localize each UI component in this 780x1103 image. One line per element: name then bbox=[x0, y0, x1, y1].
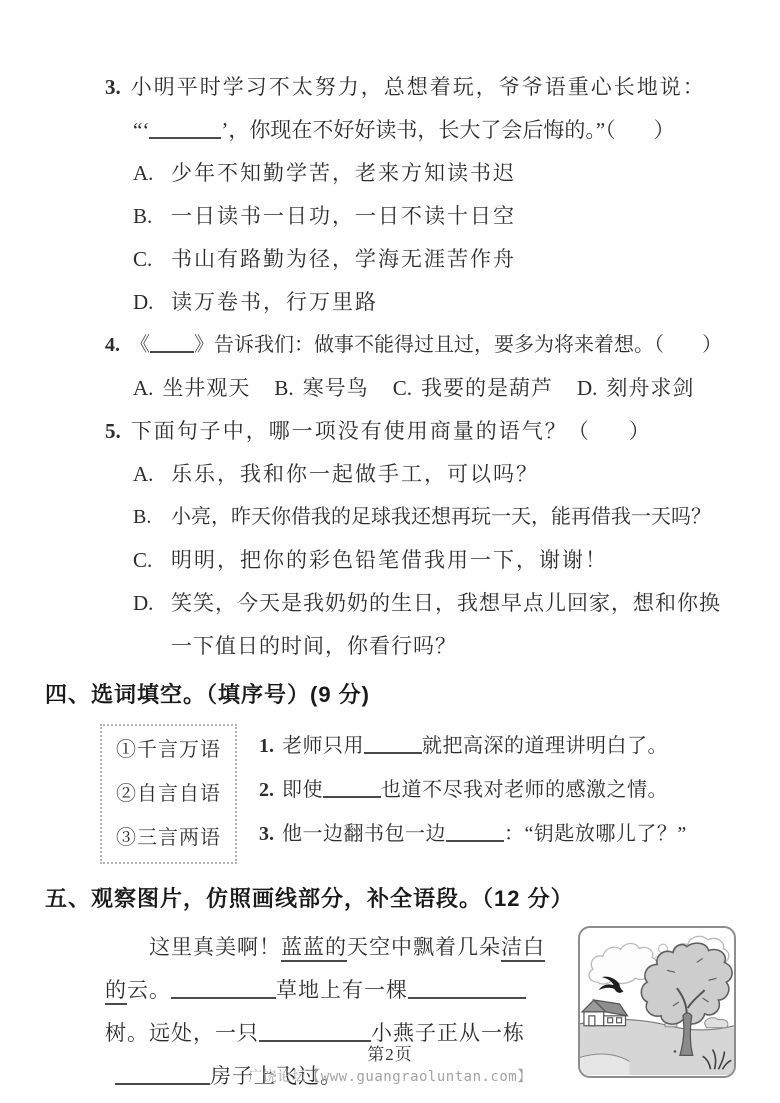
option-b: B.寒号鸟 bbox=[274, 376, 368, 400]
option-d: D.读万卷书，行万里路 bbox=[133, 281, 736, 324]
option-letter: B. bbox=[274, 376, 293, 400]
question-5: 5.下面句子中，哪一项没有使用商量的语气？（） A.乐乐，我和你一起做手工，可以… bbox=[105, 410, 736, 668]
option-text: 笑笑，今天是我奶奶的生日，我想早点儿回家，想和你换一下值日的时间，你看行吗？ bbox=[171, 582, 736, 668]
underlined-text: 洁白 bbox=[501, 935, 545, 962]
underlined-text: 的 bbox=[105, 978, 127, 1005]
sentence-text: 老师只用 bbox=[282, 735, 364, 757]
option-letter: A. bbox=[133, 152, 171, 195]
question-3-stem-line2: “‘’，你现在不好好读书，长大了会后悔的。”（） bbox=[133, 109, 736, 152]
stem-text: 《 bbox=[130, 334, 150, 356]
option-text: 读万卷书，行万里路 bbox=[171, 281, 736, 324]
question-4-options: A.坐井观天B.寒号鸟C.我要的是葫芦D.刻舟求剑 bbox=[133, 367, 736, 410]
bush-icon bbox=[704, 1018, 727, 1028]
option-c: C.明明，把你的彩色铅笔借我用一下，谢谢！ bbox=[133, 539, 736, 582]
option-letter: C. bbox=[133, 238, 171, 281]
option-letter: D. bbox=[133, 281, 171, 324]
option-text: 寒号鸟 bbox=[303, 376, 369, 400]
fill-blank bbox=[171, 985, 276, 999]
fill-blank bbox=[323, 784, 381, 798]
item-number: 2. bbox=[259, 779, 274, 801]
option-a: A.坐井观天 bbox=[133, 376, 250, 400]
watermark: 广饶论坛【www.guangraoluntan.com】 bbox=[0, 1067, 780, 1087]
option-a: A.乐乐，我和你一起做手工，可以吗？ bbox=[133, 453, 736, 496]
sentence-text: 就把高深的道理讲明白了。 bbox=[422, 735, 668, 757]
question-number: 3. bbox=[105, 75, 121, 99]
stem-text: 小明平时学习不太努力，总想着玩，爷爷语重心长地说： bbox=[131, 75, 706, 99]
para-text: 小燕子正从一栋 bbox=[371, 1021, 525, 1045]
stem-text: “‘ bbox=[133, 118, 149, 142]
question-number: 4. bbox=[105, 334, 120, 356]
para-text: 树。远处，一只 bbox=[105, 1021, 259, 1045]
sentence-text: 他一边翻书包一边 bbox=[282, 823, 446, 845]
sentence-text: 即使 bbox=[282, 779, 323, 801]
option-text: 我要的是葫芦 bbox=[421, 376, 553, 400]
section-five-title: 五、观察图片，仿照画线部分，补全语段。（12 分） bbox=[45, 882, 736, 916]
question-3: 3.小明平时学习不太努力，总想着玩，爷爷语重心长地说： “‘’，你现在不好好读书… bbox=[105, 66, 736, 324]
paragraph-line-2: 的云。草地上有一棵 bbox=[105, 969, 578, 1012]
question-4-stem: 4.《》告诉我们：做事不能得过且过，要多为将来着想。（） bbox=[105, 324, 736, 367]
fill-blank bbox=[408, 985, 526, 999]
question-5-stem: 5.下面句子中，哪一项没有使用商量的语气？（） bbox=[105, 410, 736, 453]
option-text: 刻舟求剑 bbox=[606, 376, 694, 400]
option-letter: A. bbox=[133, 376, 153, 400]
word-bank-item: ③三言两语 bbox=[116, 816, 221, 860]
option-letter: B. bbox=[133, 195, 171, 238]
option-d: D.刻舟求剑 bbox=[577, 376, 694, 400]
option-letter: B. bbox=[133, 496, 171, 539]
option-text: 坐井观天 bbox=[162, 376, 250, 400]
sentence-2: 2.即使也道不尽我对老师的感激之情。 bbox=[259, 768, 687, 812]
stem-text: 下面句子中，哪一项没有使用商量的语气？（ bbox=[131, 419, 591, 443]
stem-text: ） bbox=[702, 334, 722, 356]
fill-blank bbox=[149, 125, 221, 139]
fill-in-sentences: 1.老师只用就把高深的道理讲明白了。 2.即使也道不尽我对老师的感激之情。 3.… bbox=[259, 724, 687, 856]
word-bank-item: ①千言万语 bbox=[116, 728, 221, 772]
option-text: 小亮，昨天你借我的足球我还想再玩一天，能再借我一天吗？ bbox=[171, 496, 736, 539]
option-text: 一日读书一日功，一日不读十日空 bbox=[171, 195, 736, 238]
house-icon bbox=[582, 1000, 627, 1026]
sentence-text: ：“钥匙放哪儿了？” bbox=[504, 823, 687, 845]
word-bank-item: ②自言自语 bbox=[116, 772, 221, 816]
stem-text: ） bbox=[629, 419, 652, 443]
word-bank-box: ①千言万语 ②自言自语 ③三言两语 bbox=[100, 724, 237, 864]
section-four-title: 四、选词填空。（填序号）(9 分) bbox=[45, 678, 736, 712]
para-text: 这里真美啊！ bbox=[149, 935, 281, 959]
para-text: 草地上有一棵 bbox=[276, 978, 408, 1002]
option-b: B.一日读书一日功，一日不读十日空 bbox=[133, 195, 736, 238]
option-text: 明明，把你的彩色铅笔借我用一下，谢谢！ bbox=[171, 539, 736, 582]
underlined-text: 蓝蓝的 bbox=[281, 935, 347, 962]
stem-text: ’，你现在不好好读书，长大了会后悔的。”（ bbox=[221, 118, 615, 142]
worksheet-content: 3.小明平时学习不太努力，总想着玩，爷爷语重心长地说： “‘’，你现在不好好读书… bbox=[0, 0, 780, 1098]
fill-blank bbox=[446, 828, 504, 842]
option-text: 乐乐，我和你一起做手工，可以吗？ bbox=[171, 453, 736, 496]
question-3-stem-line1: 3.小明平时学习不太努力，总想着玩，爷爷语重心长地说： bbox=[105, 66, 736, 109]
item-number: 3. bbox=[259, 823, 274, 845]
fill-blank bbox=[150, 339, 194, 353]
question-4: 4.《》告诉我们：做事不能得过且过，要多为将来着想。（） A.坐井观天B.寒号鸟… bbox=[105, 324, 736, 410]
para-text: 天空中飘着几朵 bbox=[347, 935, 501, 959]
option-letter: D. bbox=[577, 376, 597, 400]
stem-text: ） bbox=[654, 118, 675, 142]
option-text: 少年不知勤学苦，老来方知读书迟 bbox=[171, 152, 736, 195]
question-number: 5. bbox=[105, 419, 121, 443]
page-number: 第2页 bbox=[0, 1043, 780, 1067]
page-footer: 第2页 广饶论坛【www.guangraoluntan.com】 bbox=[0, 1043, 780, 1087]
option-text: 书山有路勤为径，学海无涯苦作舟 bbox=[171, 238, 736, 281]
fill-blank bbox=[364, 740, 422, 754]
option-letter: C. bbox=[393, 376, 412, 400]
option-c: C.我要的是葫芦 bbox=[393, 376, 553, 400]
option-letter: A. bbox=[133, 453, 171, 496]
para-text: 云。 bbox=[127, 978, 171, 1002]
fill-blank bbox=[259, 1028, 371, 1042]
option-a: A.少年不知勤学苦，老来方知读书迟 bbox=[133, 152, 736, 195]
option-b: B.小亮，昨天你借我的足球我还想再玩一天，能再借我一天吗？ bbox=[133, 496, 736, 539]
sentence-1: 1.老师只用就把高深的道理讲明白了。 bbox=[259, 724, 687, 768]
item-number: 1. bbox=[259, 735, 274, 757]
stem-text: 》告诉我们：做事不能得过且过，要多为将来着想。（ bbox=[194, 334, 664, 356]
option-letter: C. bbox=[133, 539, 171, 582]
paragraph-line-1: 这里真美啊！蓝蓝的天空中飘着几朵洁白 bbox=[105, 926, 578, 969]
option-d: D.笑笑，今天是我奶奶的生日，我想早点儿回家，想和你换一下值日的时间，你看行吗？ bbox=[133, 582, 736, 668]
section-four-body: ①千言万语 ②自言自语 ③三言两语 1.老师只用就把高深的道理讲明白了。 2.即… bbox=[100, 724, 736, 864]
worksheet-page: 3.小明平时学习不太努力，总想着玩，爷爷语重心长地说： “‘’，你现在不好好读书… bbox=[0, 0, 780, 1103]
option-c: C.书山有路勤为径，学海无涯苦作舟 bbox=[133, 238, 736, 281]
option-letter: D. bbox=[133, 582, 171, 668]
sentence-3: 3.他一边翻书包一边：“钥匙放哪儿了？” bbox=[259, 812, 687, 856]
sentence-text: 也道不尽我对老师的感激之情。 bbox=[381, 779, 668, 801]
